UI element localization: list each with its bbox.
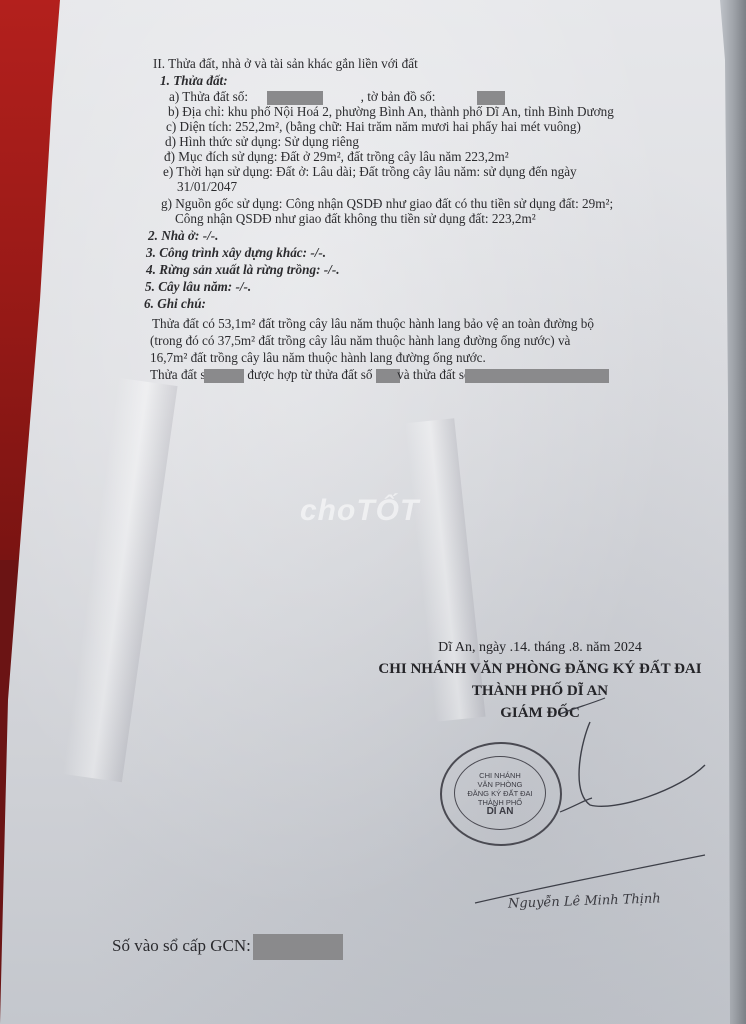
gcn-label: Số vào sổ cấp GCN: xyxy=(112,936,251,955)
document-paper: II. Thửa đất, nhà ở và tài sản khác gắn … xyxy=(0,0,746,1024)
handwritten-signature-strokes xyxy=(0,0,746,1024)
redacted-gcn-number xyxy=(253,934,343,960)
gcn-registry: Số vào sổ cấp GCN: xyxy=(112,934,343,960)
